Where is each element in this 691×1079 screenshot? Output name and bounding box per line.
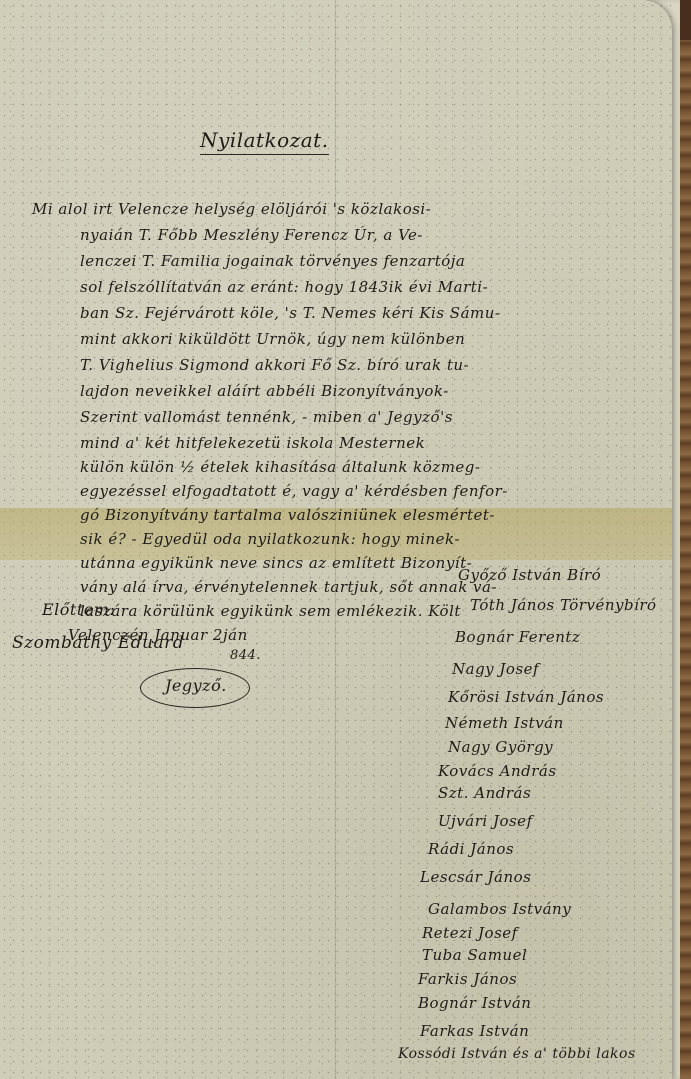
body-line: gó Bizonyítvány tartalma valósziniünek e…	[80, 506, 495, 524]
signatory: Kossódi István és a' többi lakos	[398, 1046, 636, 1062]
signatory: Rádi János	[428, 840, 514, 858]
body-line: lajdon neveikkel aláírt abbéli Bizonyítv…	[80, 382, 449, 400]
signatory: Nagy György	[448, 738, 553, 756]
signatory: Kőrösi István János	[448, 688, 604, 706]
body-line: T. Vighelius Sigmond akkori Fő Sz. bíró …	[80, 356, 469, 374]
body-line: vány alá írva, érvénytelennek tartjuk, s…	[80, 578, 497, 596]
body-line: ban Sz. Fejérvárott köle, 's T. Nemes ké…	[80, 304, 500, 322]
body-line: sik é? - Egyedül oda nyilatkozunk: hogy …	[80, 530, 460, 548]
signatory: Galambos Istvány	[428, 900, 571, 918]
photo-scene: Nyilatkozat. Mi alol irt Velencze helysé…	[0, 0, 691, 1079]
body-line: Szerint vallomást tennénk, - miben a' Je…	[80, 408, 453, 426]
signatory: Kovács András	[438, 762, 557, 780]
signatory: Farkas István	[420, 1022, 529, 1040]
notary-signature: Szombathy Eduard	[12, 633, 184, 653]
signatory: Tuba Samuel	[422, 946, 527, 964]
body-line: Mi alol irt Velencze helység elöljárói '…	[32, 200, 431, 218]
body-line: külön külön ½ ételek kihasítása általunk…	[80, 458, 480, 476]
body-line: egyezéssel elfogadtatott é, vagy a' kérd…	[80, 482, 508, 500]
signatory: Nagy Josef	[452, 660, 539, 678]
body-line: nyaián T. Főbb Meszlény Ferencz Úr, a Ve…	[80, 226, 423, 244]
body-line: sol felszóllítatván az eránt: hogy 1843i…	[80, 278, 488, 296]
signatory: Retezi Josef	[422, 924, 518, 942]
body-line: mind a' két hitfelekezetü iskola Mestern…	[80, 434, 425, 452]
signatory: Ujvári Josef	[438, 812, 533, 830]
signatory: Bognár Ferentz	[455, 628, 580, 646]
signatory: Farkis János	[418, 970, 517, 988]
signatory: Németh István	[445, 714, 564, 732]
signatory: Tóth János Törvénybíró	[470, 596, 657, 614]
body-line: lenczei T. Familia jogainak törvényes fe…	[80, 252, 465, 270]
notary-title: Jegyző.	[165, 676, 227, 695]
body-line: laszára körülünk egyikünk sem emlékezik.…	[80, 602, 461, 620]
document-title: Nyilatkozat.	[200, 128, 329, 155]
body-line: utánna egyikünk neve sincs az említett B…	[80, 554, 472, 572]
signatory: Szt. András	[438, 784, 531, 802]
document-page: Nyilatkozat. Mi alol irt Velencze helysé…	[0, 0, 672, 1079]
signatory: Lescsár János	[420, 868, 531, 886]
presence-label: Előttem:	[42, 600, 115, 619]
signatory: Győző István Bíró	[458, 566, 601, 584]
date-year: 844.	[230, 648, 261, 663]
signatory: Bognár István	[418, 994, 531, 1012]
body-line: mint akkori kiküldött Urnök, úgy nem kül…	[80, 330, 465, 348]
